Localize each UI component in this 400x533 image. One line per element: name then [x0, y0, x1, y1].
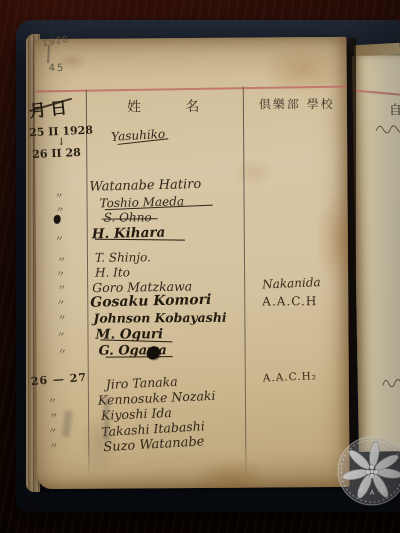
- ditto-mark: 〃: [57, 344, 68, 358]
- pencil-smudge: [104, 396, 109, 441]
- date-entry-end: 26 II 28: [32, 146, 81, 161]
- adjacent-header-rule: [353, 89, 400, 95]
- pencil-stroke: [47, 45, 50, 63]
- ditto-mark: 〃: [48, 438, 59, 452]
- handwriting-fragment: [375, 121, 400, 136]
- guest-signature: H. Ito: [95, 265, 130, 279]
- guest-signature: Gosaku Komori: [90, 292, 211, 311]
- ditto-mark: 〃: [48, 408, 59, 422]
- pencil-smudge: [61, 410, 72, 437]
- adjacent-header-fragment: 自: [389, 99, 400, 118]
- club-column-note: A.A.C.H: [262, 294, 317, 308]
- header-date-column: 月日: [28, 93, 73, 123]
- date-entry-range: 26 — 27: [30, 371, 87, 388]
- header-rule: [35, 86, 347, 93]
- ditto-mark: 〃: [56, 280, 67, 294]
- page-number: 45: [49, 63, 66, 74]
- ledger-page: 1928 45 月日 姓 名 倶樂部 學校 25 II 1928 ↓ 26 II…: [34, 37, 349, 489]
- adjacent-page: 自: [352, 55, 400, 452]
- edelweiss-emblem-watermark: A·A·C·: [334, 432, 400, 510]
- ditto-mark: 〃: [55, 295, 66, 309]
- ditto-mark: 〃: [55, 327, 66, 341]
- guest-signature: M. Oguri: [95, 326, 163, 342]
- column-divider-date: [86, 90, 90, 478]
- guest-signature: S. Ohno: [104, 210, 152, 224]
- club-column-note: Nakanida: [262, 275, 321, 291]
- header-name-column: 姓 名: [127, 96, 200, 117]
- club-column-note: A.A.C.H₂: [263, 370, 318, 384]
- guest-signature: Johnson Kobayashi: [93, 310, 226, 326]
- ditto-mark: 〃: [56, 310, 67, 324]
- ditto-mark: 〃: [54, 231, 65, 245]
- guest-signature: Toshio Maeda: [99, 194, 184, 210]
- ditto-mark: 〃: [54, 188, 65, 202]
- ditto-mark: 〃: [55, 266, 66, 280]
- guest-signature: H. Kihara: [92, 225, 166, 243]
- header-club-column: 倶樂部 學校: [259, 95, 335, 113]
- guest-signature: Yasuhiko: [111, 127, 166, 144]
- column-divider-club: [243, 87, 247, 477]
- guest-signature: T. Shinjo.: [95, 250, 151, 264]
- ditto-mark: 〃: [56, 252, 67, 266]
- ledger-photo: 自 1928 45 月日 姓 名 倶樂部 學校 25 II 1928 ↓ 26 …: [0, 0, 400, 533]
- handwriting-fragment: [382, 375, 400, 389]
- ink-blob-mark: [54, 215, 61, 224]
- ditto-mark: 〃: [47, 393, 58, 407]
- ditto-mark: 〃: [47, 423, 58, 437]
- guest-signature: Watanabe Hatiro: [89, 177, 201, 195]
